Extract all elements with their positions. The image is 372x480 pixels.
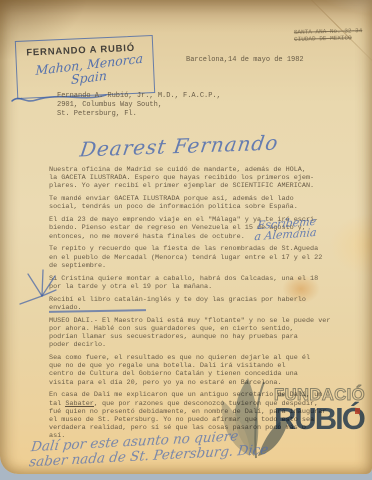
paragraph-fiesta-mercadal: Te repito y recuerdo que la fiesta de la…: [49, 245, 361, 270]
handwritten-greeting: Dearest Fernando: [78, 130, 280, 161]
underline-sabater: [65, 406, 94, 407]
watermark-rubio-name: RUBIÓ: [274, 404, 372, 434]
recipient-address: Fernando A. Rubió, Jr., M.D., F.A.C.P., …: [57, 92, 221, 119]
date-line: Barcelona,14 de mayo de 1982: [186, 56, 304, 64]
paragraph-motivo-envio: Te mandé enviar GACETA ILUSTRADA porque …: [49, 195, 361, 211]
red-accent-mark: [355, 408, 360, 414]
handwritten-margin-note: Escríbeme a Alemania: [254, 216, 318, 243]
paragraph-gaceta: Nuestra oficina de Madrid se cuidó de ma…: [49, 166, 361, 191]
paragraph-cristina-caballo: Si Cristina quiere montar a caballo, hab…: [49, 275, 361, 291]
origin-address-stamp: SANTA ANA No. 32-34 CIUDAD DE MEXICO: [293, 27, 362, 43]
watermark-text: FUNDACIÓ RUBIÓ: [274, 386, 372, 434]
scanned-letter-page: FERNANDO A RUBIÓ Mahon, Menorca Spain SA…: [0, 0, 372, 480]
paragraph-museo-dali: MUSEO DALI.- El Maestro Dalí está muy "f…: [49, 317, 361, 350]
watermark-rubio-label: RUBIÓ: [274, 401, 364, 436]
paper-background: FERNANDO A RUBIÓ Mahon, Menorca Spain SA…: [0, 0, 372, 474]
ink-doodle-mark: [12, 266, 58, 310]
